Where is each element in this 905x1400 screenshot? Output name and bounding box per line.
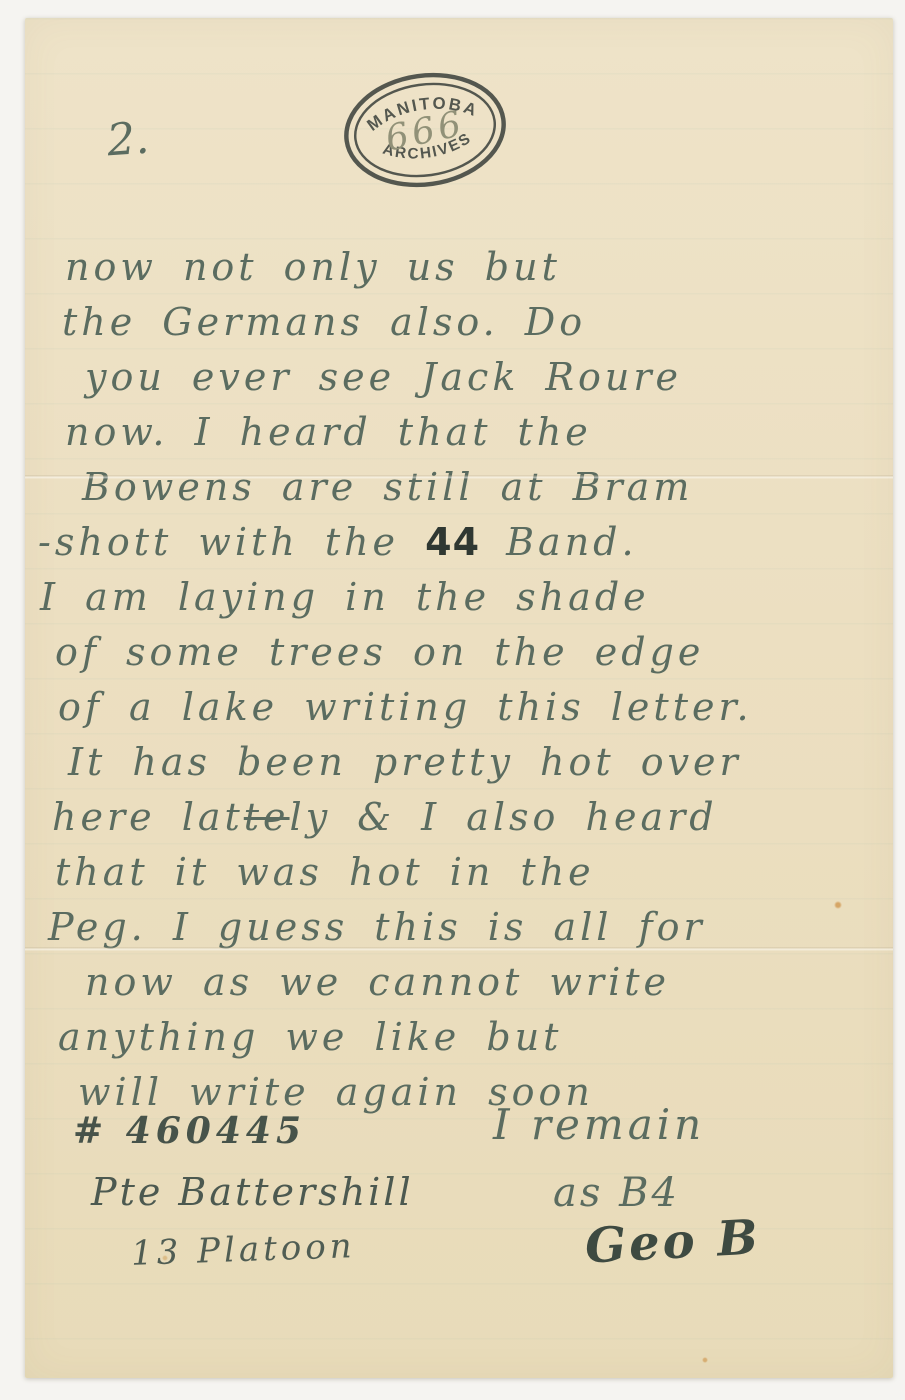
archives-stamp-graphic: MANITOBA ARCHIVES 666 bbox=[333, 59, 516, 201]
letter-page: 2. MANITOBA ARCHIVES 666 now not only us bbox=[25, 18, 893, 1378]
signature: Geo B bbox=[584, 1209, 763, 1274]
body-line: anything we like but bbox=[58, 1010, 893, 1065]
body-line: It has been pretty hot over bbox=[68, 735, 893, 790]
closing-remain: I remain bbox=[493, 1100, 705, 1149]
service-number: # 460445 bbox=[73, 1110, 306, 1152]
body-line: now as we cannot write bbox=[85, 955, 893, 1010]
body-line-text: ly & I also heard bbox=[290, 795, 718, 839]
platoon-line: 13 Platoon bbox=[130, 1226, 356, 1274]
strikethrough-text: te bbox=[244, 795, 290, 839]
body-line: now. I heard that the bbox=[65, 405, 893, 460]
body-line: now not only us but bbox=[65, 240, 893, 295]
body-line-text: here lat bbox=[52, 795, 244, 839]
fold-crease-top bbox=[25, 475, 893, 479]
archives-stamp: MANITOBA ARCHIVES 666 bbox=[333, 59, 516, 201]
body-line: -shott with the 44 Band. bbox=[38, 515, 893, 570]
letter-body: now not only us but the Germans also. Do… bbox=[25, 240, 893, 1120]
body-line: here lattely & I also heard bbox=[52, 790, 893, 845]
body-line-text: -shott with the bbox=[38, 520, 425, 564]
body-line: I am laying in the shade bbox=[40, 570, 893, 625]
body-line-text: Band. bbox=[480, 520, 638, 564]
body-line: of some trees on the edge bbox=[55, 625, 893, 680]
body-line: you ever see Jack Roure bbox=[85, 350, 893, 405]
sender-name: Pte Battershill bbox=[91, 1170, 414, 1214]
band-number: 44 bbox=[425, 520, 480, 564]
body-line: that it was hot in the bbox=[55, 845, 893, 900]
page-number: 2. bbox=[105, 113, 150, 167]
scanned-letter: 2. MANITOBA ARCHIVES 666 now not only us bbox=[0, 0, 905, 1400]
body-line: the Germans also. Do bbox=[62, 295, 893, 350]
body-line: of a lake writing this letter. bbox=[58, 680, 893, 735]
fold-crease-bottom bbox=[25, 947, 893, 951]
closing-as-b4: as B4 bbox=[553, 1170, 680, 1216]
body-line: Bowens are still at Bram bbox=[82, 460, 893, 515]
